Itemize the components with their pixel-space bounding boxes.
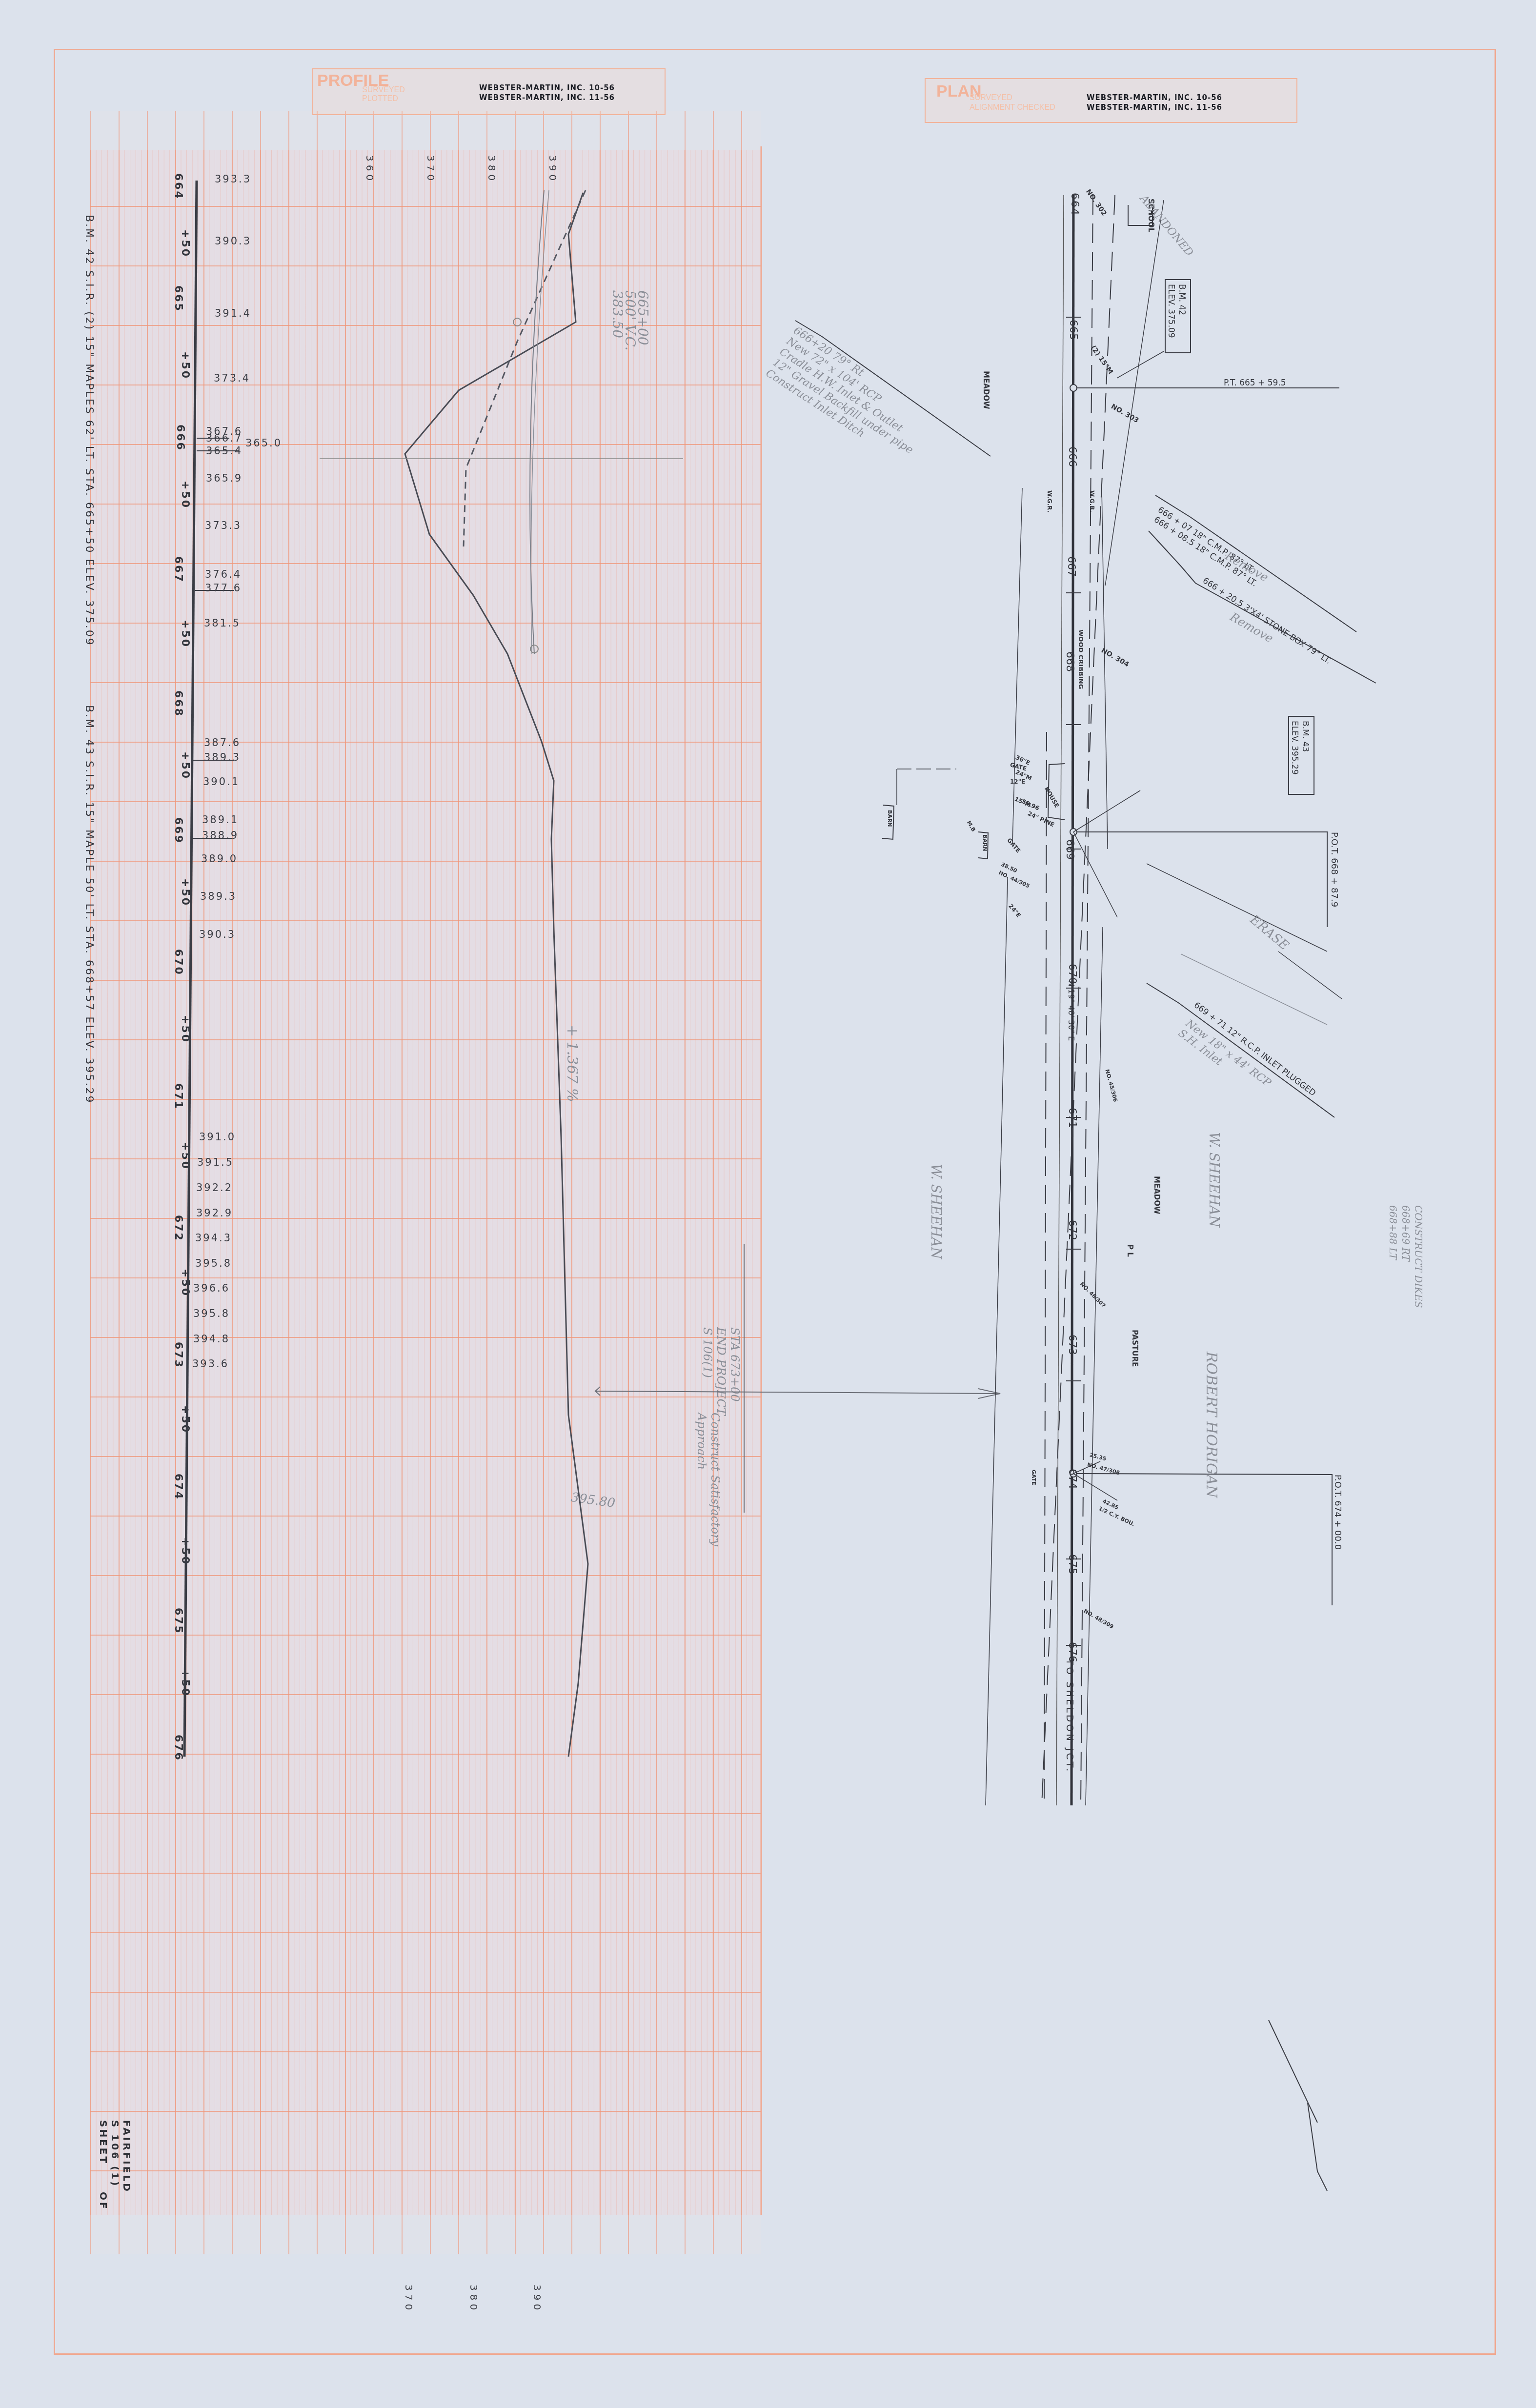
bm-43-box: B.M. 43 ELEV. 395.29 [1288, 716, 1314, 795]
barn-label-2: BARN [982, 834, 988, 851]
plan-sta-672: 672 [1066, 1220, 1078, 1240]
drawing-sheet: 360 370 380 390 370 380 390 PROFILE SURV… [0, 0, 1536, 2408]
tree-12e: 12"E [1010, 778, 1025, 785]
bm-42-elev: ELEV. 375.09 [1166, 284, 1176, 338]
plan-sta-667: 667 [1065, 556, 1077, 577]
bm-43-number: B.M. 43 [1300, 721, 1311, 775]
pot-668: P.O.T. 668 + 87.9 [1329, 832, 1339, 907]
plan-sta-674: 674 [1066, 1469, 1078, 1489]
bearing-label: N 19° 40' 30" E [1067, 981, 1076, 1041]
meadow-label-1: MEADOW [982, 371, 990, 409]
bm-42-text: B.M. 42 ELEV. 375.09 [1166, 284, 1187, 338]
plan-sta-666: 666 [1066, 446, 1078, 467]
pl-label: P L [1126, 1244, 1134, 1257]
pt-label: P.T. 665 + 59.5 [1224, 378, 1286, 388]
wgr-label-2: W.G.R. [1089, 490, 1095, 512]
meadow-label-2: MEADOW [1152, 1176, 1161, 1214]
gate-label-3: GATE [1031, 1470, 1037, 1485]
plan-sta-664: 664 [1069, 193, 1081, 216]
plan-sta-668: 668 [1064, 651, 1076, 672]
owner-sheehan-1: W. SHEEHAN [928, 1164, 944, 1259]
construct-dikes-note: CONSTRUCT DIKES 668+69 RT 668+88 LT [1387, 1205, 1425, 1308]
plan-sta-673: 673 [1066, 1335, 1078, 1355]
bm-42-number: B.M. 42 [1176, 284, 1187, 338]
dikes-line: 668+69 RT [1399, 1205, 1412, 1308]
plan-sta-675: 675 [1066, 1554, 1078, 1575]
dikes-line: CONSTRUCT DIKES [1412, 1205, 1425, 1308]
plan-sta-665: 665 [1067, 320, 1079, 340]
owner-sheehan-2: W. SHEEHAN [1206, 1132, 1222, 1227]
plan-sta-669: 669 [1064, 839, 1076, 860]
to-sheldon-jct: TO SHELDON JCT. [1064, 1659, 1076, 1773]
line-work [0, 0, 1536, 2408]
pot-674: P.O.T. 674 + 00.0 [1333, 1475, 1343, 1550]
pasture-label: PASTURE [1131, 1330, 1139, 1367]
bm-42-box: B.M. 42 ELEV. 375.09 [1165, 279, 1191, 353]
wood-cribbing-label: WOOD CRIBBING [1077, 629, 1084, 689]
owner-horigan: ROBERT HORIGAN [1203, 1352, 1220, 1498]
barn-label-1: BARN [887, 810, 893, 827]
wgr-label-1: W.G.R. [1046, 490, 1053, 512]
dikes-line: 668+88 LT [1387, 1205, 1399, 1308]
bm-43-elev: ELEV. 395.29 [1289, 721, 1300, 775]
plan-sta-671: 671 [1066, 1108, 1078, 1128]
bm-43-text: B.M. 43 ELEV. 395.29 [1289, 721, 1311, 775]
